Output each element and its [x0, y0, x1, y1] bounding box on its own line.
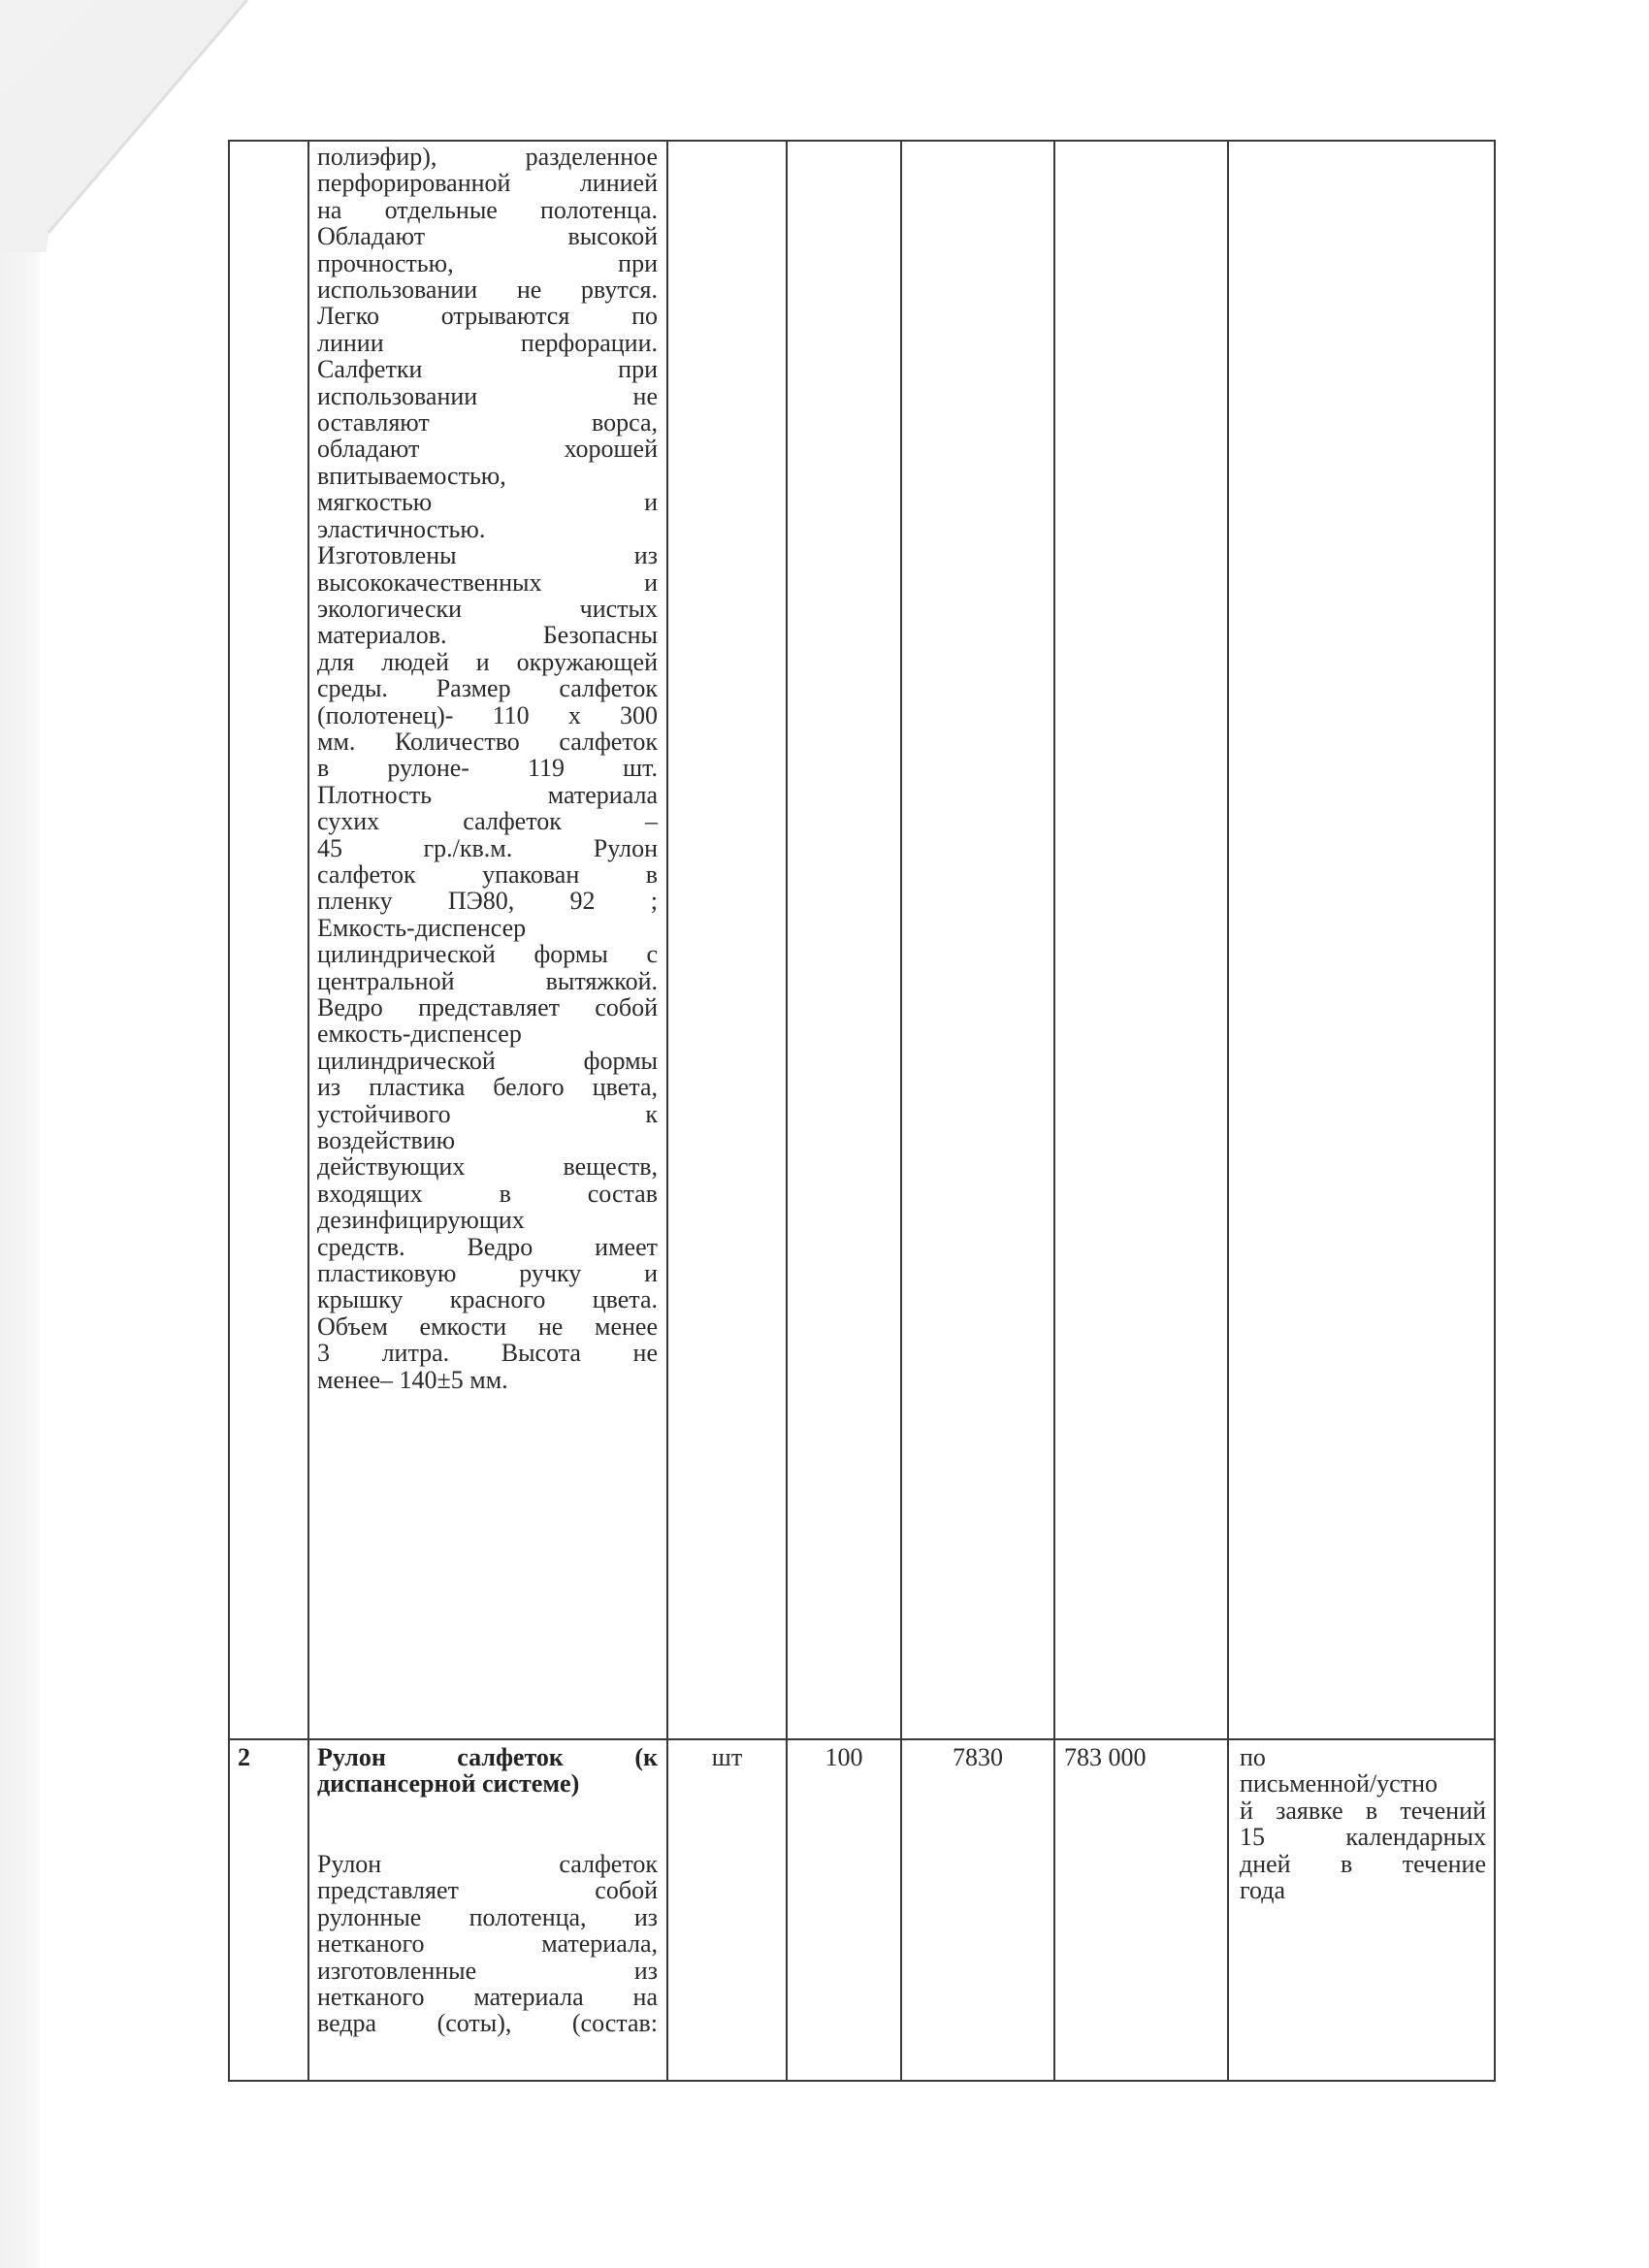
text-line: пластиковую ручку и: [317, 1260, 658, 1286]
row2-unit: шт: [668, 1744, 786, 1770]
text-line: дезинфицирующих: [317, 1207, 658, 1233]
text-line: перфорированной линией: [317, 170, 658, 196]
text-line: 15 календарных: [1240, 1824, 1486, 1850]
text-line: Плотность материала: [317, 782, 658, 808]
text-line: использовании не: [317, 383, 658, 409]
table-bottom-border: [228, 2080, 1496, 2082]
col-border: [900, 140, 902, 2082]
text-line: ведра (соты), (состав:: [317, 2010, 658, 2036]
text-line: центральной вытяжкой.: [317, 968, 658, 994]
text-line: средств. Ведро имеет: [317, 1234, 658, 1260]
text-line: нетканого материала на: [317, 1984, 658, 2010]
folded-corner: [0, 0, 262, 252]
text-line: Ведро представляет собой: [317, 994, 658, 1021]
text-line: 3 литра. Высота не: [317, 1340, 658, 1366]
col-border: [666, 140, 668, 2082]
text-line: воздействию: [317, 1127, 658, 1153]
text-line: представляет собой: [317, 1877, 658, 1903]
text-line: впитываемостью,: [317, 463, 658, 489]
text-line: изготовленные из: [317, 1958, 658, 1984]
text-line: оставляют ворса,: [317, 409, 658, 436]
scan-margin-shadow: [0, 0, 41, 2268]
text-line: (полотенец)- 110 х 300: [317, 702, 658, 729]
table-top-border: [228, 140, 1494, 142]
row1-description: полиэфир), разделенноеперфорированной ли…: [317, 144, 658, 1393]
text-line: письменной/устно: [1240, 1770, 1486, 1797]
text-line: рулонные полотенца, из: [317, 1904, 658, 1930]
text-line: входящих в состав: [317, 1181, 658, 1207]
row2-quantity: 100: [788, 1744, 900, 1770]
text-line: Легко отрываются по: [317, 303, 658, 329]
text-line: действующих веществ,: [317, 1153, 658, 1180]
text-line: цилиндрической формы: [317, 1048, 658, 1074]
text-line: устойчивого к: [317, 1101, 658, 1127]
text-line: салфеток упакован в: [317, 861, 658, 888]
text-line: линии перфорации.: [317, 330, 658, 356]
text-line: Обладают высокой: [317, 223, 658, 249]
text-line: по: [1240, 1744, 1486, 1770]
text-line: полиэфир), разделенное: [317, 144, 658, 170]
text-line: пленку ПЭ80, 92 ;: [317, 888, 658, 914]
col-border: [786, 140, 788, 2082]
row2-title: Рулон салфеток (кдиспансерной системе): [317, 1744, 658, 1798]
text-line: сухих салфеток –: [317, 808, 658, 834]
col-border: [1053, 140, 1055, 2082]
text-line: емкость-диспенсер: [317, 1021, 658, 1047]
text-line: мм. Количество салфеток: [317, 729, 658, 755]
text-line: эластичностью.: [317, 516, 658, 542]
row2-description: Рулон салфетокпредставляет собойрулонные…: [317, 1851, 658, 2037]
text-line: 45 гр./кв.м. Рулон: [317, 835, 658, 861]
text-line: Емкость-диспенсер: [317, 915, 658, 941]
text-line: мягкостью и: [317, 489, 658, 515]
text-line: дней в течение: [1240, 1851, 1486, 1877]
row2-total: 783 000: [1064, 1744, 1219, 1770]
text-line: высококачественных и: [317, 569, 658, 596]
text-line: в рулоне- 119 шт.: [317, 755, 658, 781]
text-line: й заявке в течений: [1240, 1798, 1486, 1824]
col-border: [307, 140, 309, 2082]
text-line: Объем емкости не менее: [317, 1313, 658, 1340]
text-line: Рулон салфеток: [317, 1851, 658, 1877]
row2-unit-price: 7830: [902, 1744, 1053, 1770]
text-line: использовании не рвутся.: [317, 276, 658, 303]
text-line: прочностью, при: [317, 250, 658, 276]
text-line: экологически чистых: [317, 596, 658, 622]
col-border: [228, 140, 230, 2082]
text-line: Изготовлены из: [317, 542, 658, 568]
row2-number: 2: [238, 1744, 300, 1770]
col-border: [1227, 140, 1229, 2082]
text-line: нетканого материала,: [317, 1930, 658, 1957]
text-line: из пластика белого цвета,: [317, 1074, 658, 1100]
text-line: Рулон салфеток (к: [317, 1744, 658, 1770]
specification-table: полиэфир), разделенноеперфорированной ли…: [228, 140, 1494, 2082]
text-line: материалов. Безопасны: [317, 622, 658, 648]
text-line: крышку красного цвета.: [317, 1286, 658, 1312]
text-line: менее– 140±5 мм.: [317, 1367, 658, 1393]
text-line: Салфетки при: [317, 356, 658, 382]
text-line: года: [1240, 1877, 1486, 1903]
text-line: обладают хорошей: [317, 436, 658, 462]
col-border: [1494, 140, 1496, 2082]
text-line: на отдельные полотенца.: [317, 197, 658, 223]
row-divider: [228, 1738, 1494, 1740]
text-line: для людей и окружающей: [317, 649, 658, 675]
row2-delivery-terms: пописьменной/устной заявке в течений15 к…: [1240, 1744, 1486, 1903]
text-line: цилиндрической формы с: [317, 941, 658, 967]
text-line: диспансерной системе): [317, 1770, 658, 1797]
text-line: среды. Размер салфеток: [317, 675, 658, 701]
